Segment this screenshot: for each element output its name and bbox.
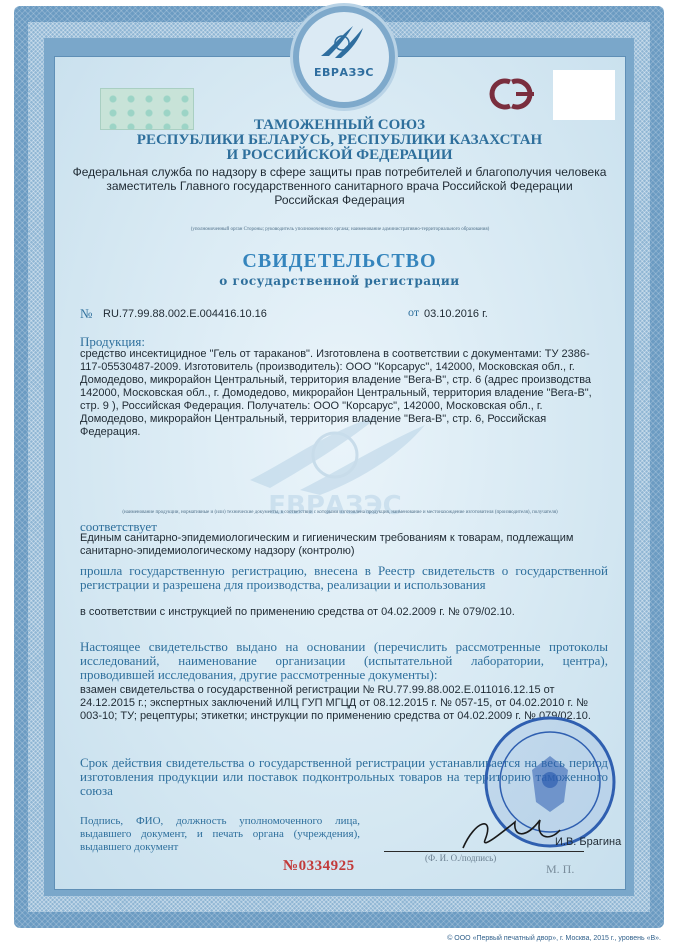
certificate-number: RU.77.99.88.002.Е.004416.10.16	[103, 308, 267, 320]
seal-place-mark: М. П.	[546, 862, 574, 877]
date-label: от	[408, 305, 419, 320]
eurasec-emblem: ЕВРАЗЭС	[293, 6, 395, 108]
name-caption: (Ф. И. О./подпись)	[425, 853, 496, 863]
product-text: средство инсектицидное "Гель от таракано…	[80, 348, 608, 439]
form-serial-number: №0334925	[283, 858, 355, 875]
union-title-line3: И РОССИЙСКОЙ ФЕДЕРАЦИИ	[0, 147, 679, 164]
agency-line2: заместитель Главного государственного са…	[0, 179, 679, 193]
emblem-label: ЕВРАЗЭС	[299, 66, 389, 79]
certificate-date: 03.10.2016 г.	[424, 308, 488, 320]
basis-statement: Настоящее свидетельство выдано на основа…	[80, 640, 608, 682]
certificate-title: СВИДЕТЕЛЬСТВО	[0, 250, 679, 273]
blank-panel	[553, 70, 615, 120]
handwritten-signature-icon	[455, 810, 565, 855]
registration-text: в соответствии с инструкцией по применен…	[80, 606, 608, 619]
signature-caption: Подпись, ФИО, должность уполномоченного …	[80, 815, 360, 854]
signer-name: И.В. Брагина	[555, 836, 621, 848]
eurasec-logo-icon	[317, 22, 367, 62]
certificate-subtitle: о государственной регистрации	[0, 274, 679, 288]
authority-caption: (уполномоченный орган Стороны; руководит…	[90, 227, 590, 232]
product-caption: (наименование продукции, нормативные и (…	[60, 510, 620, 515]
conformity-text: Единым санитарно-эпидемиологическим и ги…	[80, 532, 608, 558]
printer-imprint: © ООО «Первый печатный двор», г. Москва,…	[447, 935, 661, 942]
signature-line	[384, 851, 584, 852]
agency-line3: Российская Федерация	[0, 193, 679, 207]
registration-statement: прошла государственную регистрацию, внес…	[80, 564, 608, 592]
svg-text:ЕВРАЗЭС: ЕВРАЗЭС	[268, 491, 401, 520]
number-label: №	[80, 306, 92, 322]
agency-line1: Федеральная служба по надзору в сфере за…	[0, 165, 679, 179]
conformity-mark-icon	[486, 76, 542, 112]
